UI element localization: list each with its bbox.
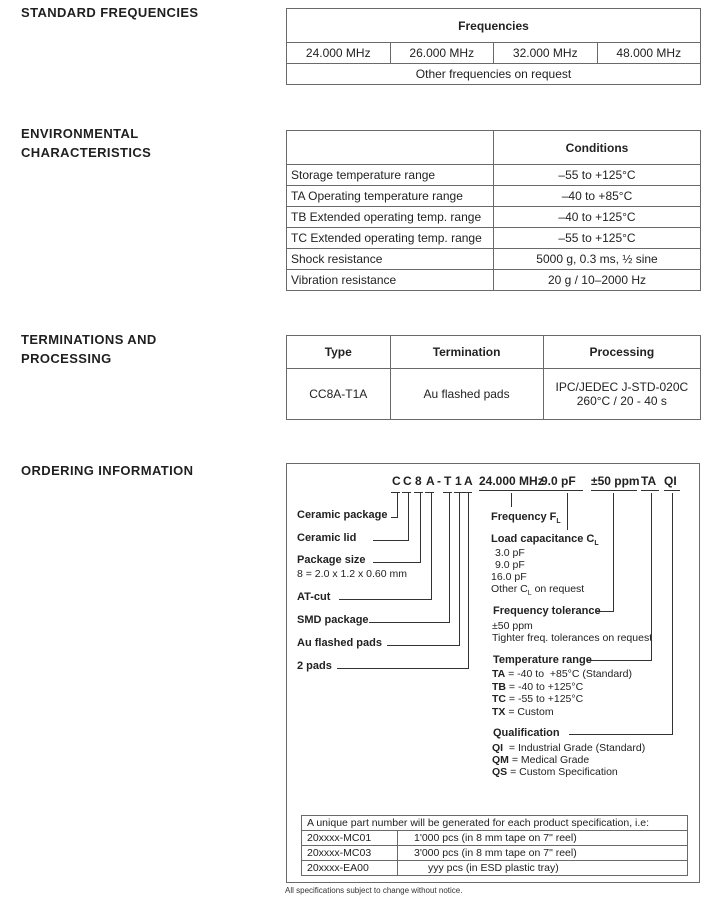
- condition-cell: –55 to +125°C: [494, 165, 701, 186]
- frequencies-table: Frequencies 24.000 MHz 26.000 MHz 32.000…: [286, 8, 701, 85]
- part-char: T: [444, 474, 451, 488]
- processing-line: 260°C / 20 - 40 s: [548, 394, 696, 408]
- part-field: ±50 ppm: [591, 474, 640, 488]
- part-char: 8: [415, 474, 422, 488]
- part-char: C: [392, 474, 401, 488]
- part-table-row: 20xxxx-EA00 yyy pcs (in ESD plastic tray…: [302, 861, 688, 876]
- part-char: -: [437, 474, 441, 488]
- termination-header: Termination: [390, 336, 543, 369]
- environmental-row: TB Extended operating temp. range –40 to…: [287, 207, 701, 228]
- parameter-cell: Vibration resistance: [287, 270, 494, 291]
- qualification-option: QI = Industrial Grade (Standard): [492, 742, 645, 754]
- label-ceramic-package: Ceramic package: [297, 509, 388, 521]
- environmental-table: Conditions Storage temperature range –55…: [286, 130, 701, 291]
- ordering-box: CC8A-T1A24.000 MHz9.0 pF±50 ppmTAQI Cera…: [286, 463, 700, 883]
- qualification-option: QS = Custom Specification: [492, 766, 645, 778]
- frequencies-note: Other frequencies on request: [287, 64, 701, 85]
- frequency-cell: 26.000 MHz: [390, 43, 494, 64]
- label-at-cut: AT-cut: [297, 591, 330, 603]
- part-field: QI: [664, 474, 677, 488]
- environmental-row: Vibration resistance 20 g / 10–2000 Hz: [287, 270, 701, 291]
- part-table-row: 20xxxx-MC03 3'000 pcs (in 8 mm tape on 7…: [302, 846, 688, 861]
- parameter-cell: TB Extended operating temp. range: [287, 207, 494, 228]
- label-two-pads: 2 pads: [297, 660, 332, 672]
- qualification-options: QI = Industrial Grade (Standard)QM = Med…: [492, 742, 645, 778]
- heading-line: ENVIRONMENTAL: [21, 124, 151, 143]
- part-char: A: [426, 474, 435, 488]
- label-package-size: Package size: [297, 554, 366, 566]
- temperature-option: TB = -40 to +125°C: [492, 681, 632, 694]
- parameter-cell: TA Operating temperature range: [287, 186, 494, 207]
- heading-environmental: ENVIRONMENTAL CHARACTERISTICS: [21, 124, 151, 162]
- processing-cell: IPC/JEDEC J-STD-020C 260°C / 20 - 40 s: [543, 369, 700, 420]
- temperature-options: TA = -40 to +85°C (Standard)TB = -40 to …: [492, 668, 632, 718]
- heading-line: PROCESSING: [21, 349, 157, 368]
- conditions-header: Conditions: [494, 131, 701, 165]
- label-frequency: Frequency FL: [491, 511, 561, 525]
- part-number-cell: 20xxxx-MC03: [302, 846, 398, 861]
- temperature-option: TA = -40 to +85°C (Standard): [492, 668, 632, 681]
- part-char: C: [403, 474, 412, 488]
- label-frequency-tolerance: Frequency tolerance: [493, 605, 601, 617]
- part-number-cell: 20xxxx-EA00: [302, 861, 398, 876]
- package-size-detail: 8 = 2.0 x 1.2 x 0.60 mm: [297, 568, 407, 580]
- footnote: All specifications subject to change wit…: [285, 886, 462, 895]
- part-number-cell: 20xxxx-MC01: [302, 831, 398, 846]
- part-field: TA: [641, 474, 656, 488]
- terminations-table: Type Termination Processing CC8A-T1A Au …: [286, 335, 701, 420]
- label-qualification: Qualification: [493, 727, 560, 739]
- load-cap-option: 9.0 pF: [495, 559, 525, 571]
- part-desc-cell: 1'000 pcs (in 8 mm tape on 7" reel): [398, 831, 688, 846]
- part-table-header: A unique part number will be generated f…: [302, 816, 688, 831]
- part-desc-cell: 3'000 pcs (in 8 mm tape on 7" reel): [398, 846, 688, 861]
- condition-cell: –40 to +85°C: [494, 186, 701, 207]
- parameter-cell: Storage temperature range: [287, 165, 494, 186]
- temperature-option: TX = Custom: [492, 706, 632, 719]
- frequency-cell: 48.000 MHz: [597, 43, 701, 64]
- part-number-table: A unique part number will be generated f…: [301, 815, 688, 876]
- frequency-cell: 24.000 MHz: [287, 43, 391, 64]
- type-cell: CC8A-T1A: [287, 369, 391, 420]
- frequency-tolerance-note: Tighter freq. tolerances on request: [492, 632, 652, 644]
- environmental-row: TC Extended operating temp. range –55 to…: [287, 228, 701, 249]
- load-cap-option: 3.0 pF: [495, 547, 525, 559]
- frequencies-header: Frequencies: [287, 9, 701, 43]
- label-ceramic-lid: Ceramic lid: [297, 532, 356, 544]
- condition-cell: –40 to +125°C: [494, 207, 701, 228]
- label-load-capacitance: Load capacitance CL: [491, 533, 599, 547]
- heading-standard-frequencies: STANDARD FREQUENCIES: [21, 3, 199, 22]
- part-desc-cell: yyy pcs (in ESD plastic tray): [398, 861, 688, 876]
- part-char: 1: [455, 474, 462, 488]
- load-cap-option: 16.0 pF: [491, 571, 527, 583]
- empty-header-cell: [287, 131, 494, 165]
- frequency-tolerance-value: ±50 ppm: [492, 620, 533, 632]
- qualification-option: QM = Medical Grade: [492, 754, 645, 766]
- load-cap-other: Other CL on request: [491, 583, 584, 597]
- temperature-option: TC = -55 to +125°C: [492, 693, 632, 706]
- part-table-row: 20xxxx-MC01 1'000 pcs (in 8 mm tape on 7…: [302, 831, 688, 846]
- label-smd-package: SMD package: [297, 614, 369, 626]
- parameter-cell: Shock resistance: [287, 249, 494, 270]
- type-header: Type: [287, 336, 391, 369]
- termination-cell: Au flashed pads: [390, 369, 543, 420]
- heading-ordering: ORDERING INFORMATION: [21, 461, 193, 480]
- part-field: 24.000 MHz: [479, 474, 544, 488]
- environmental-row: TA Operating temperature range –40 to +8…: [287, 186, 701, 207]
- processing-header: Processing: [543, 336, 700, 369]
- condition-cell: –55 to +125°C: [494, 228, 701, 249]
- environmental-row: Shock resistance 5000 g, 0.3 ms, ½ sine: [287, 249, 701, 270]
- part-field: 9.0 pF: [541, 474, 576, 488]
- frequency-cell: 32.000 MHz: [494, 43, 598, 64]
- parameter-cell: TC Extended operating temp. range: [287, 228, 494, 249]
- heading-line: TERMINATIONS AND: [21, 330, 157, 349]
- heading-terminations: TERMINATIONS AND PROCESSING: [21, 330, 157, 368]
- heading-line: CHARACTERISTICS: [21, 143, 151, 162]
- condition-cell: 5000 g, 0.3 ms, ½ sine: [494, 249, 701, 270]
- part-char: A: [464, 474, 473, 488]
- label-au-flashed: Au flashed pads: [297, 637, 382, 649]
- condition-cell: 20 g / 10–2000 Hz: [494, 270, 701, 291]
- processing-line: IPC/JEDEC J-STD-020C: [548, 380, 696, 394]
- environmental-row: Storage temperature range –55 to +125°C: [287, 165, 701, 186]
- label-temperature-range: Temperature range: [493, 654, 592, 666]
